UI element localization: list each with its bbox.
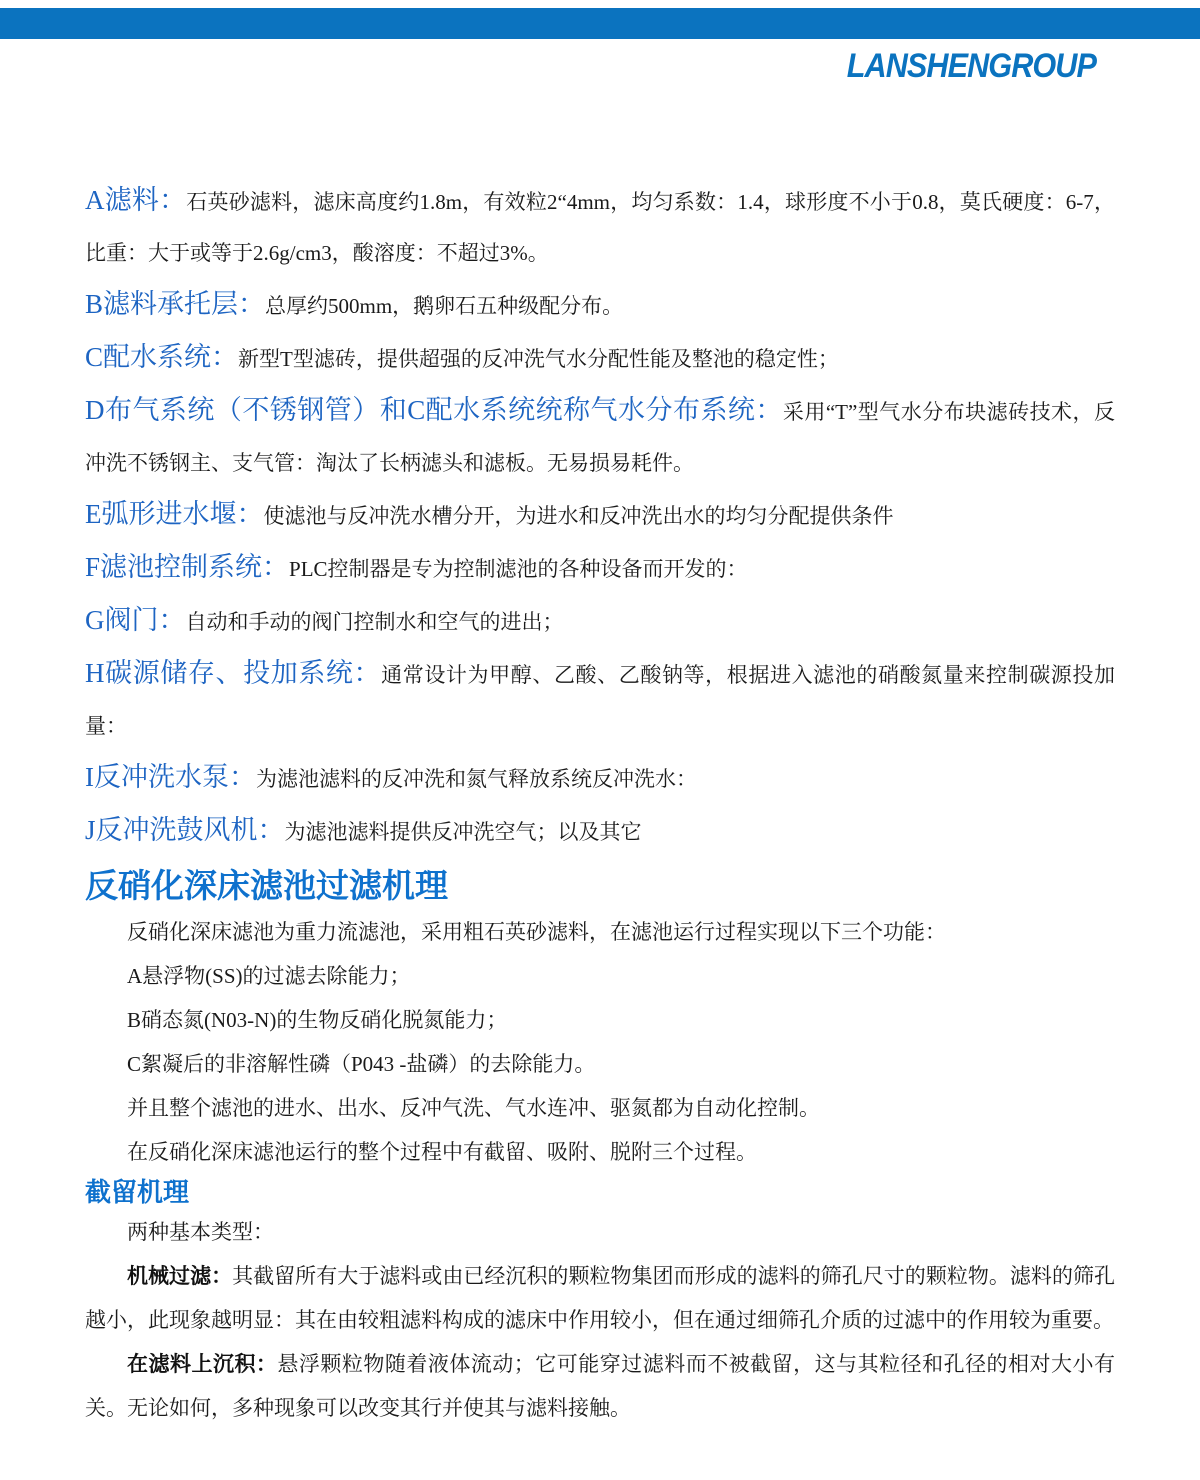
equipment-item-label: F滤池控制系统：	[85, 552, 289, 582]
equipment-list: A滤料：石英砂滤料，滤床高度约1.8m，有效粒2“4mm，均匀系数：1.4，球形…	[85, 175, 1115, 858]
equipment-item-label: B滤料承托层：	[85, 289, 265, 319]
paragraph: 在反硝化深床滤池运行的整个过程中有截留、吸附、脱附三个过程。	[85, 1130, 1115, 1174]
logo-row: LANSHENGROUP	[0, 39, 1200, 85]
equipment-item-text: 石英砂滤料，滤床高度约1.8m，有效粒2“4mm，均匀系数：1.4，球形度不小于…	[85, 190, 1115, 265]
header-bar	[0, 8, 1200, 39]
equipment-item: I反冲洗水泵：为滤池滤料的反冲洗和氮气释放系统反冲洗水：	[85, 752, 1115, 805]
equipment-item: E弧形进水堰：使滤池与反冲洗水槽分开，为进水和反冲洗出水的均匀分配提供条件	[85, 489, 1115, 542]
mechanism-item: 机械过滤：其截留所有大于滤料或由已经沉积的颗粒物集团而形成的滤料的筛孔尺寸的颗粒…	[85, 1254, 1115, 1342]
equipment-item-label: I反冲洗水泵：	[85, 762, 256, 792]
equipment-item: C配水系统：新型T型滤砖，提供超强的反冲洗气水分配性能及整池的稳定性；	[85, 332, 1115, 385]
document-page: LANSHENGROUP A滤料：石英砂滤料，滤床高度约1.8m，有效粒2“4m…	[0, 8, 1200, 1430]
equipment-item-label: J反冲洗鼓风机：	[85, 815, 285, 845]
mechanism-item: 在滤料上沉积：悬浮颗粒物随着液体流动；它可能穿过滤料而不被截留，这与其粒径和孔径…	[85, 1342, 1115, 1430]
mechanism-item-label: 机械过滤：	[127, 1264, 232, 1288]
equipment-item-text: PLC控制器是专为控制滤池的各种设备而开发的：	[289, 557, 748, 581]
equipment-item: H碳源储存、投加系统：通常设计为甲醇、乙酸、乙酸钠等，根据进入滤池的硝酸氮量来控…	[85, 648, 1115, 752]
equipment-item: G阀门：自动和手动的阀门控制水和空气的进出；	[85, 595, 1115, 648]
mechanism-item-text: 其截留所有大于滤料或由已经沉积的颗粒物集团而形成的滤料的筛孔尺寸的颗粒物。滤料的…	[85, 1264, 1115, 1332]
equipment-item-label: E弧形进水堰：	[85, 499, 264, 529]
equipment-item-text: 新型T型滤砖，提供超强的反冲洗气水分配性能及整池的稳定性；	[238, 347, 839, 371]
equipment-item-label: C配水系统：	[85, 342, 238, 372]
equipment-item: A滤料：石英砂滤料，滤床高度约1.8m，有效粒2“4mm，均匀系数：1.4，球形…	[85, 175, 1115, 279]
equipment-item-label: G阀门：	[85, 605, 186, 635]
paragraph: 反硝化深床滤池为重力流滤池，采用粗石英砂滤料，在滤池运行过程实现以下三个功能：	[85, 910, 1115, 954]
equipment-item-text: 为滤池滤料提供反冲洗空气；以及其它	[285, 820, 642, 844]
equipment-item-label: H碳源储存、投加系统：	[85, 658, 381, 688]
equipment-item-text: 使滤池与反冲洗水槽分开，为进水和反冲洗出水的均匀分配提供条件	[264, 504, 894, 528]
mechanism-list: 机械过滤：其截留所有大于滤料或由已经沉积的颗粒物集团而形成的滤料的筛孔尺寸的颗粒…	[85, 1254, 1115, 1430]
document-content: A滤料：石英砂滤料，滤床高度约1.8m，有效粒2“4mm，均匀系数：1.4，球形…	[85, 175, 1115, 1430]
subsection-title: 截留机理	[85, 1174, 1115, 1210]
paragraph: C絮凝后的非溶解性磷（P043 -盐磷）的去除能力。	[85, 1042, 1115, 1086]
subsection-intro: 两种基本类型：	[85, 1210, 1115, 1254]
paragraph: A悬浮物(SS)的过滤去除能力；	[85, 954, 1115, 998]
equipment-item-label: D布气系统（不锈钢管）和C配水系统统称气水分布系统：	[85, 395, 783, 425]
paragraph: 并且整个滤池的进水、出水、反冲气洗、气水连冲、驱氮都为自动化控制。	[85, 1086, 1115, 1130]
mechanism-item-label: 在滤料上沉积：	[127, 1352, 277, 1376]
equipment-item-text: 为滤池滤料的反冲洗和氮气释放系统反冲洗水：	[256, 767, 697, 791]
equipment-item: F滤池控制系统：PLC控制器是专为控制滤池的各种设备而开发的：	[85, 542, 1115, 595]
section-title: 反硝化深床滤池过滤机理	[85, 866, 1115, 906]
equipment-item-text: 总厚约500mm，鹅卵石五种级配分布。	[265, 294, 623, 318]
equipment-item: J反冲洗鼓风机：为滤池滤料提供反冲洗空气；以及其它	[85, 805, 1115, 858]
equipment-item: D布气系统（不锈钢管）和C配水系统统称气水分布系统：采用“T”型气水分布块滤砖技…	[85, 385, 1115, 489]
equipment-item-text: 自动和手动的阀门控制水和空气的进出；	[186, 610, 564, 634]
equipment-item-label: A滤料：	[85, 185, 186, 215]
equipment-item: B滤料承托层：总厚约500mm，鹅卵石五种级配分布。	[85, 279, 1115, 332]
section-paragraphs: 反硝化深床滤池为重力流滤池，采用粗石英砂滤料，在滤池运行过程实现以下三个功能： …	[85, 910, 1115, 1174]
paragraph: B硝态氮(N03-N)的生物反硝化脱氮能力；	[85, 998, 1115, 1042]
company-logo: LANSHENGROUP	[847, 47, 1096, 86]
